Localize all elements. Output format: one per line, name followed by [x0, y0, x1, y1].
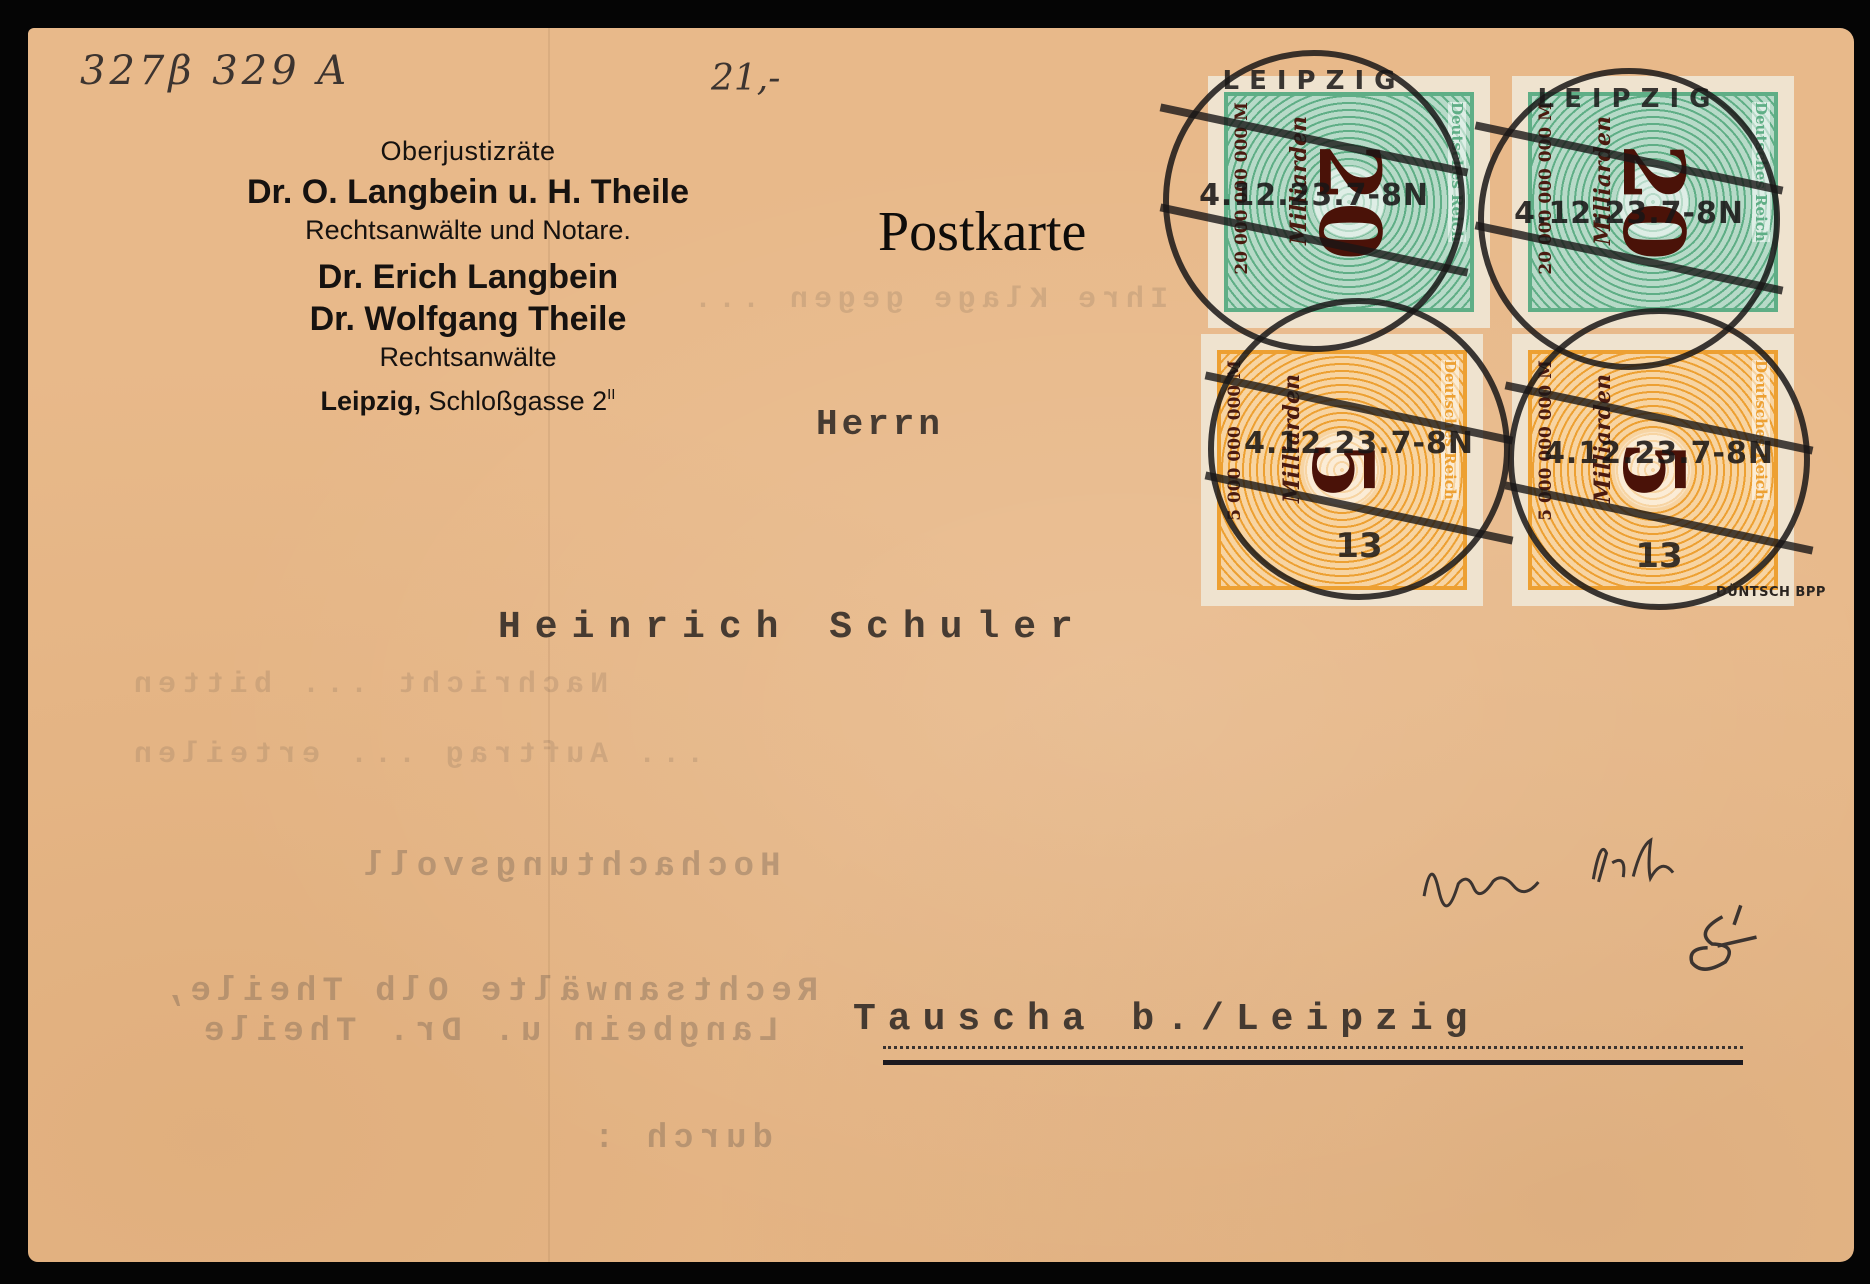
- showthrough-text: Rechtsanwälte Olb Theile,: [158, 973, 818, 1011]
- showthrough-text: Langbein u. Dr. Theile: [198, 1013, 779, 1051]
- postmark-code: 13: [1514, 536, 1804, 576]
- letterhead-floor: II: [607, 386, 615, 403]
- postmark: 4.12.23.7-8N 13: [1208, 298, 1510, 600]
- postmark-date: 4.12.23.7-8N: [1169, 178, 1459, 213]
- address-city: Tauscha b./Leipzig: [853, 998, 1479, 1041]
- letterhead-partner-3: Dr. Wolfgang Theile: [158, 302, 778, 336]
- signature-scribble-icon: [1416, 826, 1720, 917]
- price-note: 21,-: [711, 58, 780, 99]
- cancel-bar: [1160, 203, 1469, 276]
- card-title: Postkarte: [878, 200, 1086, 264]
- expert-signature-mark: DÜNTSCH BPP: [1716, 585, 1826, 600]
- letterhead-partners-2-role: Rechtsanwälte: [158, 344, 778, 371]
- postmark-city: LEIPZIG: [1484, 84, 1774, 114]
- letterhead-partners: Dr. O. Langbein u. H. Theile: [158, 175, 778, 209]
- letterhead-partners-role: Rechtsanwälte und Notare.: [158, 217, 778, 244]
- letterhead-title: Oberjustizräte: [158, 138, 778, 165]
- postmark-code: 13: [1214, 526, 1504, 566]
- letterhead-partner-2: Dr. Erich Langbein: [158, 260, 778, 294]
- postmark-date: 4.12.23.7-8N: [1514, 436, 1804, 471]
- cancel-bar: [1475, 121, 1784, 194]
- handwritten-initials: [1662, 900, 1775, 998]
- handwritten-signature: [1416, 826, 1721, 926]
- address-salutation: Herrn: [816, 404, 944, 445]
- address-dotted-line: [883, 1046, 1743, 1049]
- letterhead-city: Leipzig,: [321, 386, 422, 416]
- showthrough-text: Hochachtungsvoll: [358, 848, 780, 886]
- cancel-bar: [1160, 103, 1469, 176]
- initials-scribble-icon: [1662, 900, 1773, 986]
- address-underline: [883, 1060, 1743, 1065]
- postmark-date: 4.12.23.7-8N: [1214, 426, 1504, 461]
- showthrough-text: durch :: [588, 1120, 773, 1158]
- showthrough-text: Nachricht ... bitten: [128, 668, 608, 702]
- address-name: Heinrich Schuler: [498, 606, 1087, 649]
- cancel-bar: [1475, 221, 1784, 294]
- letterhead-street: Schloßgasse 2: [429, 386, 608, 416]
- letterhead: Oberjustizräte Dr. O. Langbein u. H. The…: [158, 138, 778, 415]
- postmark-city: LEIPZIG: [1169, 66, 1459, 96]
- postmark: 4.12.23.7-8N 13: [1508, 308, 1810, 610]
- postmark-date: 4.12.23.7-8N: [1484, 196, 1774, 231]
- reference-numbers: 327β 329 A: [80, 48, 350, 94]
- showthrough-text: ... Auftrag ... erteilen: [128, 738, 704, 772]
- letterhead-address: Leipzig, Schloßgasse 2II: [158, 387, 778, 415]
- postcard: Ihre Klage gegen ... Nachricht ... bitte…: [28, 28, 1854, 1262]
